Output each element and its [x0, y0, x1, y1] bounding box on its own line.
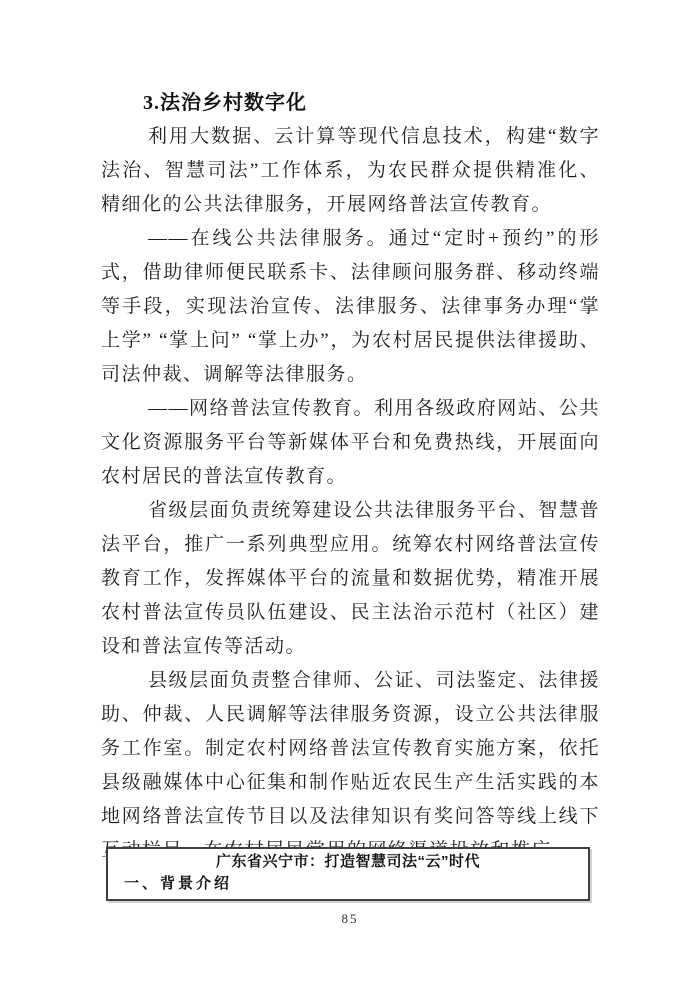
page-number: 85 — [0, 911, 700, 927]
case-box-title: 广东省兴宁市：打造智慧司法“云”时代 — [108, 851, 588, 873]
document-page: 3.法治乡村数字化 利用大数据、云计算等现代信息技术，构建“数字法治、智慧司法”… — [0, 0, 700, 990]
case-study-box: 广东省兴宁市：打造智慧司法“云”时代 一、背景介绍 — [106, 847, 590, 901]
body-paragraph: ——在线公共法律服务。通过“定时+预约”的形式，借助律师便民联系卡、法律顾问服务… — [101, 222, 600, 392]
page-content: 3.法治乡村数字化 利用大数据、云计算等现代信息技术，构建“数字法治、智慧司法”… — [101, 86, 600, 868]
body-paragraph: ——网络普法宣传教育。利用各级政府网站、公共文化资源服务平台等新媒体平台和免费热… — [101, 392, 600, 494]
case-box-subheading: 一、背景介绍 — [108, 873, 588, 895]
body-paragraph: 县级层面负责整合律师、公证、司法鉴定、法律援助、仲裁、人民调解等法律服务资源，设… — [101, 664, 600, 868]
body-paragraph: 利用大数据、云计算等现代信息技术，构建“数字法治、智慧司法”工作体系，为农民群众… — [101, 120, 600, 222]
section-heading: 3.法治乡村数字化 — [101, 86, 600, 120]
body-paragraph: 省级层面负责统筹建设公共法律服务平台、智慧普法平台，推广一系列典型应用。统筹农村… — [101, 494, 600, 664]
